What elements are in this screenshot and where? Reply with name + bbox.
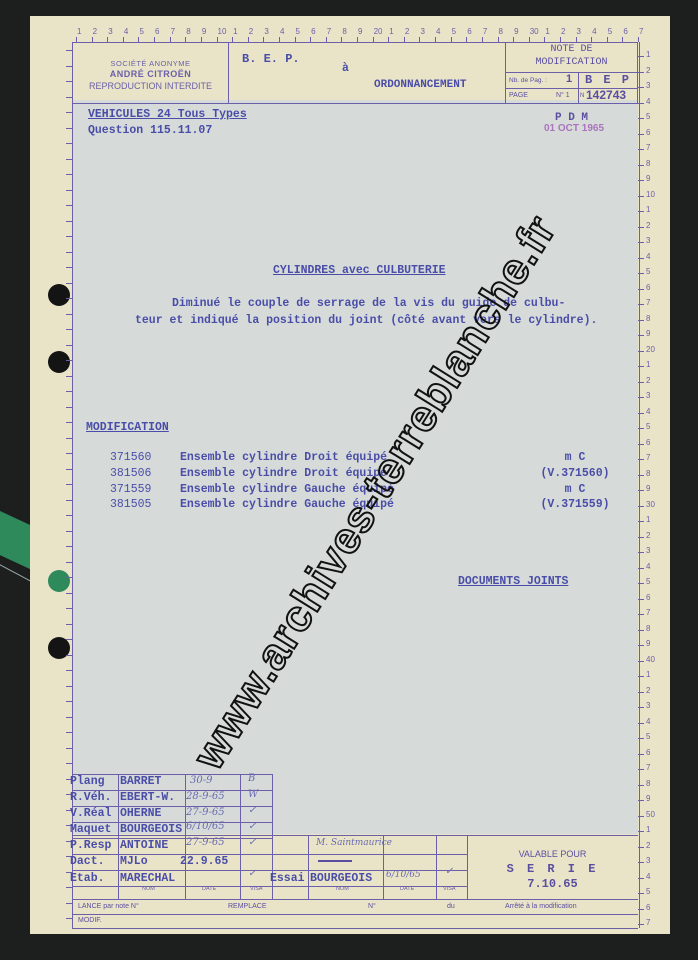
part-note: (V.371560) [535, 467, 615, 480]
ruler-tick-label: 4 [436, 27, 440, 36]
ruler-tick [66, 577, 72, 578]
part-description: Ensemble cylindre Droit équipé [180, 451, 387, 464]
ruler-tick [638, 211, 644, 212]
ruler-tick-label: 3 [264, 27, 268, 36]
ruler-tick [638, 459, 644, 460]
ruler-tick-label: 3 [646, 546, 650, 555]
ruler-tick-label: 1 [646, 670, 650, 679]
modification-heading: MODIFICATION [86, 421, 169, 434]
ruler-tick [638, 118, 644, 119]
ruler-tick [66, 236, 72, 237]
ruler-tick [66, 918, 72, 919]
ruler-tick [638, 227, 644, 228]
ruler-tick [66, 484, 72, 485]
ruler-tick-label: 9 [358, 27, 362, 36]
ruler-tick [638, 37, 639, 42]
ruler-tick [66, 376, 72, 377]
ruler-tick [638, 552, 644, 553]
ruler-tick [66, 143, 72, 144]
ruler-tick [66, 686, 72, 687]
ruler-tick [638, 816, 644, 817]
ruler-tick [66, 593, 72, 594]
ruler-tick [66, 500, 72, 501]
ruler-tick-label: 5 [646, 732, 650, 741]
ruler-tick [66, 267, 72, 268]
ruler-tick [638, 800, 644, 801]
sign-date: 30-9 [190, 775, 212, 786]
ruler-tick-label: 9 [646, 174, 650, 183]
ruler-tick-label: 7 [646, 608, 650, 617]
ruler-tick [66, 546, 72, 547]
ruler-tick-label: 4 [646, 407, 650, 416]
ruler-tick-label: 5 [139, 27, 143, 36]
remplace-label: REMPLACE [228, 903, 267, 910]
note-number: 142743 [586, 88, 626, 102]
ruler-tick-label: 2 [646, 221, 650, 230]
signer-name: BARRET [120, 775, 161, 788]
ruler-tick [66, 701, 72, 702]
sign-date: 22.9.65 [180, 855, 228, 868]
ruler-tick [638, 661, 644, 662]
signer-name: MJLo [120, 855, 148, 868]
ruler-tick-label: 3 [420, 27, 424, 36]
ruler-tick [638, 893, 644, 894]
ruler-tick [638, 862, 644, 863]
ruler-tick [66, 670, 72, 671]
ruler-tick-label: 2 [646, 686, 650, 695]
ruler-tick [66, 283, 72, 284]
du-label: du [447, 903, 455, 910]
ruler-tick-label: 20 [646, 345, 655, 354]
subject-title: CYLINDRES avec CULBUTERIE [273, 264, 446, 277]
ruler-tick-label: 7 [483, 27, 487, 36]
ruler-tick-label: 3 [646, 856, 650, 865]
ruler-tick-label: 9 [202, 27, 206, 36]
ruler-tick [638, 785, 644, 786]
ruler-tick [66, 422, 72, 423]
ruler-tick [638, 521, 644, 522]
ruler-tick-label: 5 [646, 887, 650, 896]
ruler-tick [638, 165, 644, 166]
ruler-tick [638, 583, 644, 584]
col-visa-label: VISA [250, 886, 263, 892]
ruler-tick-label: 7 [646, 918, 650, 927]
ruler-tick [66, 190, 72, 191]
ruler-tick [638, 444, 644, 445]
ruler-tick-label: 9 [514, 27, 518, 36]
to-department: ORDONNANCEMENT [374, 79, 466, 91]
department-code: B E P [578, 73, 638, 87]
ruler-tick [66, 469, 72, 470]
ruler-tick-label: 4 [646, 97, 650, 106]
ruler-tick-label: 3 [646, 701, 650, 710]
ruler-tick-label: 40 [646, 655, 655, 664]
serie-date: 7.10.65 [467, 877, 638, 891]
essai-col-visa: VISA [443, 886, 456, 892]
ruler-tick [638, 242, 644, 243]
ruler-tick [638, 878, 644, 879]
ruler-tick-label: 4 [646, 562, 650, 571]
ruler-tick [638, 366, 644, 367]
arrete-label: Arrêté à la modification [505, 903, 577, 910]
ruler-tick [66, 717, 72, 718]
signer-name: EBERT-W. [120, 791, 175, 804]
ruler-tick-label: 8 [342, 27, 346, 36]
page-label: PAGE [509, 92, 528, 99]
essai-role: Essai [270, 872, 305, 885]
sign-date: 27-9-65 [186, 807, 225, 818]
ruler-tick-label: 2 [646, 531, 650, 540]
ruler-tick [638, 103, 644, 104]
ruler-tick [66, 763, 72, 764]
ruler-tick-label: 6 [623, 27, 627, 36]
ruler-tick-label: 6 [155, 27, 159, 36]
ruler-tick [638, 831, 644, 832]
serie-label: S E R I E [467, 862, 638, 876]
role-label: V.Réal [70, 807, 111, 820]
ruler-tick [638, 738, 644, 739]
ruler-tick-label: 3 [108, 27, 112, 36]
ruler-tick [638, 196, 644, 197]
lance-label: LANCE par note N° [78, 903, 139, 910]
ruler-tick [638, 72, 644, 73]
ruler-tick-label: 1 [233, 27, 237, 36]
signer-name: OHERNE [120, 807, 161, 820]
ruler-tick-label: 1 [77, 27, 81, 36]
handwritten-note: M. Saintmaurice [316, 838, 392, 848]
ruler-tick [638, 273, 644, 274]
signer-name: BOURGEOIS [120, 823, 182, 836]
ruler-tick-label: 1 [646, 205, 650, 214]
ruler-tick [66, 112, 72, 113]
ruler-tick-label: 8 [646, 779, 650, 788]
ruler-tick-label: 7 [646, 298, 650, 307]
ruler-tick [638, 87, 644, 88]
ruler-tick [638, 754, 644, 755]
page-number: N° 1 [556, 92, 570, 99]
ruler-tick-label: 6 [646, 748, 650, 757]
numero-label: N° [368, 903, 376, 910]
ruler-tick [638, 924, 644, 925]
ruler-tick [66, 903, 72, 904]
ruler-tick-label: 6 [467, 27, 471, 36]
ruler-tick-label: 1 [646, 360, 650, 369]
punch-hole [48, 351, 70, 373]
ruler-tick-label: 3 [646, 236, 650, 245]
ruler-tick [66, 174, 72, 175]
ruler-tick-label: 9 [646, 639, 650, 648]
documents-heading: DOCUMENTS JOINTS [458, 575, 568, 588]
ruler-tick-label: 4 [280, 27, 284, 36]
ruler-tick [638, 149, 644, 150]
ruler-tick-label: 3 [577, 27, 581, 36]
ruler-tick-label: 6 [646, 903, 650, 912]
ruler-tick-label: 3 [646, 391, 650, 400]
ruler-tick-label: 1 [646, 50, 650, 59]
ruler-tick-label: 8 [646, 159, 650, 168]
ruler-tick [66, 329, 72, 330]
ruler-tick-label: 7 [327, 27, 331, 36]
ruler-tick [66, 314, 72, 315]
ruler-tick-label: 5 [608, 27, 612, 36]
ruler-tick [638, 475, 644, 476]
ruler-tick-label: 20 [374, 27, 383, 36]
ruler-tick-label: 8 [186, 27, 190, 36]
ruler-tick [66, 159, 72, 160]
ruler-tick-label: 2 [405, 27, 409, 36]
role-label: Etab. [70, 872, 105, 885]
ruler-tick [638, 382, 644, 383]
essai-date: 6/10/65 [386, 870, 421, 880]
ruler-tick [66, 531, 72, 532]
valid-for-label: VALABLE POUR [467, 849, 638, 859]
signer-name: ANTOINE [120, 839, 168, 852]
ruler-tick-label: 5 [646, 267, 650, 276]
ruler-tick-label: 6 [646, 128, 650, 137]
ruler-tick [638, 614, 644, 615]
ruler-tick-label: 6 [646, 283, 650, 292]
ruler-tick [638, 428, 644, 429]
ruler-tick [638, 769, 644, 770]
punch-hole [48, 637, 70, 659]
ruler-tick-label: 4 [646, 252, 650, 261]
ruler-tick [66, 562, 72, 563]
ruler-tick [66, 128, 72, 129]
ruler-tick [66, 438, 72, 439]
role-label: R.Véh. [70, 791, 111, 804]
ruler-tick [66, 748, 72, 749]
part-note: m C [535, 483, 615, 496]
ruler-tick-label: 2 [646, 841, 650, 850]
ruler-tick [66, 252, 72, 253]
ruler-tick [638, 413, 644, 414]
part-number: 371559 [110, 483, 151, 496]
ruler-tick-label: 4 [646, 872, 650, 881]
essai-col-nom: NOM [336, 886, 349, 892]
ruler-tick [638, 692, 644, 693]
role-label: Plang [70, 775, 105, 788]
ruler-tick [66, 655, 72, 656]
ruler-tick-label: 7 [639, 27, 643, 36]
ruler-tick [638, 568, 644, 569]
nb-pages-value: 1 [566, 73, 572, 85]
punch-hole [48, 570, 70, 592]
ruler-tick [638, 506, 644, 507]
ruler-tick-label: 10 [218, 27, 227, 36]
ruler-tick-label: 2 [646, 376, 650, 385]
ruler-tick-label: 6 [311, 27, 315, 36]
ruler-tick-label: 2 [646, 66, 650, 75]
received-date-stamp: 01 OCT 1965 [544, 123, 604, 134]
ruler-tick [638, 707, 644, 708]
sign-date: 27-9-65 [186, 837, 225, 848]
ruler-tick [66, 732, 72, 733]
ruler-tick-label: 1 [646, 825, 650, 834]
ruler-tick-label: 8 [646, 624, 650, 633]
col-date-label: DATE [202, 886, 216, 892]
ruler-tick [638, 645, 644, 646]
ruler-tick [638, 676, 644, 677]
ruler-tick-label: 30 [530, 27, 539, 36]
ruler-tick [638, 304, 644, 305]
ruler-tick-label: 10 [646, 190, 655, 199]
ruler-tick [66, 453, 72, 454]
visa: ✓ [248, 821, 256, 832]
modif-label: MODIF. [78, 917, 102, 924]
visa: ✓ [248, 805, 256, 816]
note-number-prefix: N [580, 93, 584, 99]
ruler-tick-label: 6 [646, 438, 650, 447]
ruler-tick [638, 289, 644, 290]
ruler-tick [66, 360, 72, 361]
ruler-tick-label: 1 [545, 27, 549, 36]
ruler-tick [638, 351, 644, 352]
ruler-tick-label: 9 [646, 794, 650, 803]
ruler-tick-label: 5 [452, 27, 456, 36]
ruler-tick [638, 397, 644, 398]
essai-name: BOURGEOIS [310, 872, 372, 885]
ruler-tick-label: 50 [646, 810, 655, 819]
ruler-tick-label: 4 [124, 27, 128, 36]
ruler-tick [66, 205, 72, 206]
ruler-tick-label: 5 [646, 112, 650, 121]
col-nom-label: NOM [142, 886, 155, 892]
ruler-tick-label: 2 [93, 27, 97, 36]
ruler-tick [638, 335, 644, 336]
visa: W [248, 789, 258, 800]
ruler-tick [66, 639, 72, 640]
ruler-tick [638, 258, 644, 259]
company-line1: SOCIÉTÉ ANONYME [72, 59, 229, 68]
ruler-tick [66, 407, 72, 408]
question-ref: Question 115.11.07 [88, 124, 212, 137]
ruler-tick [638, 134, 644, 135]
ruler-tick [66, 221, 72, 222]
part-note: m C [535, 451, 615, 464]
ruler-tick-label: 8 [646, 469, 650, 478]
ruler-tick-label: 7 [646, 763, 650, 772]
to-prefix: à [342, 62, 349, 75]
ruler-tick [638, 537, 644, 538]
ruler-tick-label: 4 [646, 717, 650, 726]
role-label: Dact. [70, 855, 105, 868]
note-title-line2: MODIFICATION [505, 57, 638, 68]
ruler-tick-label: 7 [171, 27, 175, 36]
ruler-tick-label: 5 [296, 27, 300, 36]
ruler-tick [638, 909, 644, 910]
essai-visa: ✓ [445, 866, 453, 877]
part-number: 381505 [110, 498, 151, 511]
ruler-tick [638, 490, 644, 491]
ruler-tick [638, 320, 644, 321]
ruler-tick-label: 5 [646, 577, 650, 586]
part-number: 371560 [110, 451, 151, 464]
signer-name: MARECHAL [120, 872, 175, 885]
ruler-tick-label: 2 [249, 27, 253, 36]
ruler-tick [638, 180, 644, 181]
ruler-tick [66, 515, 72, 516]
ruler-tick [638, 599, 644, 600]
description-line2: teur et indiqué la position du joint (cô… [135, 314, 597, 327]
ruler-tick-label: 4 [592, 27, 596, 36]
ruler-tick-label: 5 [646, 422, 650, 431]
sign-date: 6/10/65 [186, 821, 225, 832]
essai-col-date: DATE [400, 886, 414, 892]
ruler-tick-label: 2 [561, 27, 565, 36]
ruler-tick-label: 8 [499, 27, 503, 36]
from-department: B. E. P. [242, 52, 300, 66]
punch-hole [48, 284, 70, 306]
part-note: (V.371559) [535, 498, 615, 511]
ruler-tick-label: 3 [646, 81, 650, 90]
ruler-tick [66, 391, 72, 392]
ruler-tick-label: 9 [646, 484, 650, 493]
ruler-tick-label: 9 [646, 329, 650, 338]
role-label: P.Resp [70, 839, 111, 852]
ruler-tick-label: 7 [646, 143, 650, 152]
ruler-tick [638, 630, 644, 631]
ruler-tick-label: 30 [646, 500, 655, 509]
company-line3: REPRODUCTION INTERDITE [72, 81, 229, 91]
ruler-tick [66, 608, 72, 609]
part-number: 381506 [110, 467, 151, 480]
visa: ✓ [248, 837, 256, 848]
ruler-tick [638, 723, 644, 724]
ruler-tick [638, 847, 644, 848]
ruler-tick [66, 345, 72, 346]
vehicles-title: VEHICULES 24 Tous Types [88, 108, 247, 121]
ruler-tick-label: 1 [389, 27, 393, 36]
ruler-tick-label: 7 [646, 453, 650, 462]
ruler-tick [66, 887, 72, 888]
visa: ✓ [248, 868, 256, 879]
ruler-tick [66, 298, 72, 299]
sign-date: 28-9-65 [186, 791, 225, 802]
company-line2: ANDRÉ CITROËN [72, 69, 229, 79]
ruler-tick-label: 8 [646, 314, 650, 323]
role-label: Maquet [70, 823, 111, 836]
ruler-tick-label: 6 [646, 593, 650, 602]
visa: B [248, 773, 255, 784]
ruler-tick [638, 56, 644, 57]
ruler-tick-label: 1 [646, 515, 650, 524]
ruler-tick [66, 624, 72, 625]
note-title-line1: NOTE DE [505, 44, 638, 55]
nb-pages-label: Nb. de Pag. : [509, 77, 547, 84]
